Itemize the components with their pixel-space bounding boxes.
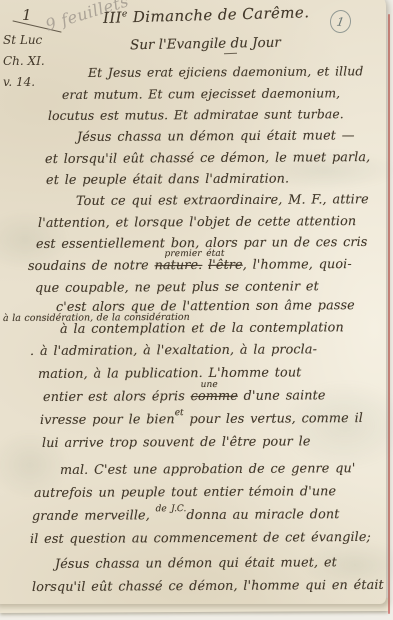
manuscript-line: que coupable, ne peut plus se contenir e… (35, 280, 319, 296)
gospel-reference-book: St Luc (3, 33, 49, 47)
interline-insertion: une (201, 381, 218, 391)
subtitle-underline (224, 53, 237, 55)
gospel-reference-verse: v. 14. (3, 75, 49, 89)
correction-group: unecomme (191, 390, 238, 404)
interline-insertion: de J.C. (156, 504, 187, 514)
line-text: pour les vertus, comme il (184, 411, 363, 427)
manuscript-line: Tout ce qui est extraordinaire, M. F., a… (76, 193, 369, 209)
manuscript-line: soudains de notre premier étatnature. l'… (28, 258, 352, 274)
line-text: grande merveille, (32, 508, 156, 524)
page-title: IIIe Dimanche de Carême. (103, 3, 310, 27)
gospel-reference-chapter: Ch. XI. (3, 54, 49, 68)
manuscript-line: erat mutum. Et cum ejecisset daemonium, (62, 86, 340, 101)
manuscript-line: et le peuple était dans l'admiration. (46, 173, 289, 189)
manuscript-line: mation, à la publication. L'homme tout (38, 366, 301, 382)
manuscript-line: lorsqu'il eût chassé ce démon, l'homme q… (32, 579, 384, 595)
manuscript-line: ivresse pour le bienet pour les vertus, … (40, 412, 363, 428)
manuscript-line: . à l'admiration, à l'exaltation, à la p… (30, 343, 317, 359)
strikethrough-word: comme (191, 389, 238, 404)
manuscript-line: Jésus chassa un démon qui était muet — (77, 129, 355, 145)
manuscript-content: 1 9 feuillets IIIe Dimanche de Carême. 1… (0, 0, 393, 620)
interline-insertion: et (175, 408, 184, 418)
line-text: entier est alors épris (43, 389, 191, 405)
correction-group: premier étatnature. l'être (155, 259, 243, 274)
subtitle: Sur l'Evangile du Jour (130, 35, 281, 54)
manuscript-line: l'attention, et lorsque l'objet de cette… (38, 215, 356, 231)
manuscript-line: grande merveille, de J.C.donna au miracl… (32, 508, 340, 524)
manuscript-line: locutus est mutus. Et admiratae sunt tur… (48, 107, 344, 122)
title-roman-numeral: III (103, 8, 122, 27)
interline-insertion: premier état (164, 250, 224, 260)
strikethrough-word: nature. (155, 258, 203, 273)
line-text: ivresse pour le bien (40, 412, 175, 428)
manuscript-page: 1 9 feuillets IIIe Dimanche de Carême. 1… (0, 0, 386, 604)
manuscript-line: mal. C'est une approbation de ce genre q… (60, 462, 356, 478)
title-text: Dimanche de Carême. (127, 3, 309, 26)
line-text: donna au miracle dont (186, 507, 339, 523)
folio-number: 1 (22, 6, 32, 24)
manuscript-line: entier est alors épris unecomme d'une sa… (43, 389, 326, 405)
strikethrough-word: l'être (208, 258, 243, 273)
manuscript-line: il est question au commencement de cet é… (30, 531, 371, 547)
manuscript-line: lui arrive trop souvent de l'être pour l… (42, 435, 311, 451)
line-text: soudains de notre (28, 258, 155, 274)
manuscript-line: Et Jesus erat ejiciens daemonium, et ill… (88, 64, 363, 79)
corner-page-number: 1 (328, 8, 352, 34)
line-text: , l'homme, quoi- (243, 257, 352, 273)
manuscript-line: et lorsqu'il eût chassé ce démon, le mue… (45, 151, 370, 167)
manuscript-line: autrefois un peuple tout entier témoin d… (34, 485, 336, 501)
manuscript-line: à la contemplation et de la contemplatio… (60, 321, 344, 337)
margin-reference: St Luc Ch. XI. v. 14. (3, 33, 49, 96)
line-text: d'une sainte (238, 388, 326, 404)
manuscript-line: Jésus chassa un démon qui était muet, et (55, 556, 337, 572)
